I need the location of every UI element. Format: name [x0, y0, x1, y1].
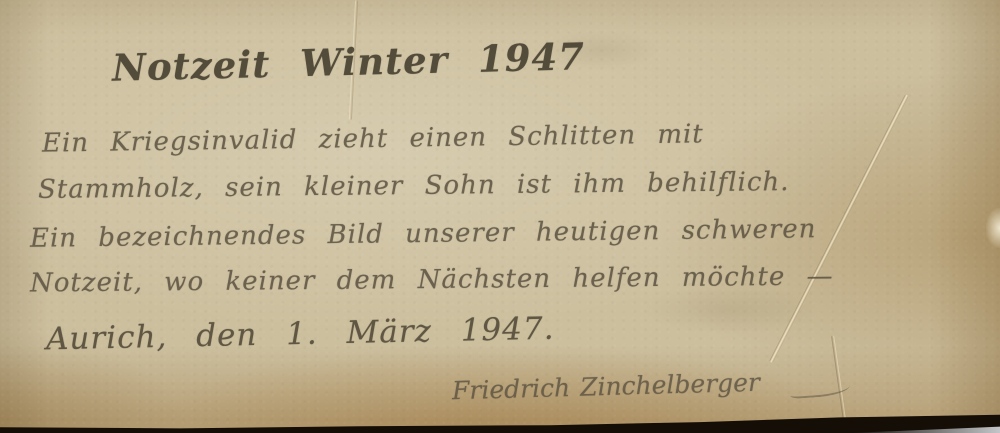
photo-of-handwritten-note: Notzeit Winter 1947 Ein Kriegsinvalid zi…: [0, 0, 1000, 433]
